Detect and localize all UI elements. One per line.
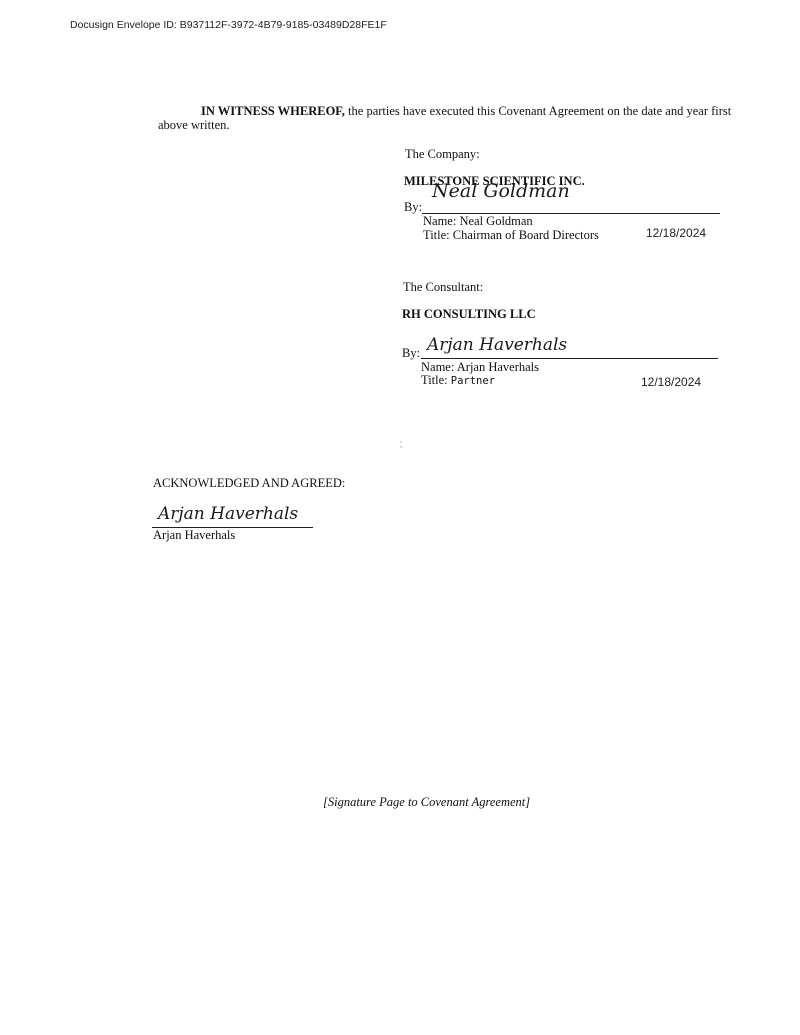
consultant-heading: The Consultant: [403, 280, 483, 295]
acknowledged-printed-name: Arjan Haverhals [153, 528, 235, 543]
consultant-name: RH CONSULTING LLC [402, 307, 536, 322]
consultant-title-label: Title: [421, 373, 451, 387]
consultant-sign-date: 12/18/2024 [641, 375, 701, 389]
signature-page-footer: [Signature Page to Covenant Agreement] [323, 795, 530, 810]
envelope-id: Docusign Envelope ID: B937112F-3972-4B79… [70, 19, 387, 31]
company-signature: Neal Goldman [432, 180, 570, 202]
consultant-signature: Arjan Haverhals [427, 335, 567, 355]
witness-rest: the parties have executed this Covenant … [345, 104, 731, 118]
company-sign-date: 12/18/2024 [646, 226, 706, 240]
company-signer-name: Name: Neal Goldman [423, 214, 533, 229]
witness-bold: IN WITNESS WHEREOF, [201, 104, 345, 118]
company-signer-title: Title: Chairman of Board Directors [423, 228, 599, 243]
company-heading: The Company: [405, 147, 480, 162]
consultant-by-label: By: [402, 346, 420, 361]
witness-clause-line2: above written. [158, 118, 230, 133]
consultant-signer-title: Title: Partner [421, 373, 495, 388]
witness-clause-line1: IN WITNESS WHEREOF, the parties have exe… [201, 104, 731, 119]
scan-speck [400, 446, 402, 448]
consultant-title-value: Partner [451, 375, 495, 387]
consultant-signature-line [421, 358, 718, 359]
scan-speck [400, 441, 402, 443]
acknowledged-signature: Arjan Haverhals [158, 504, 298, 524]
acknowledged-heading: ACKNOWLEDGED AND AGREED: [153, 476, 345, 491]
company-by-label: By: [404, 200, 422, 215]
